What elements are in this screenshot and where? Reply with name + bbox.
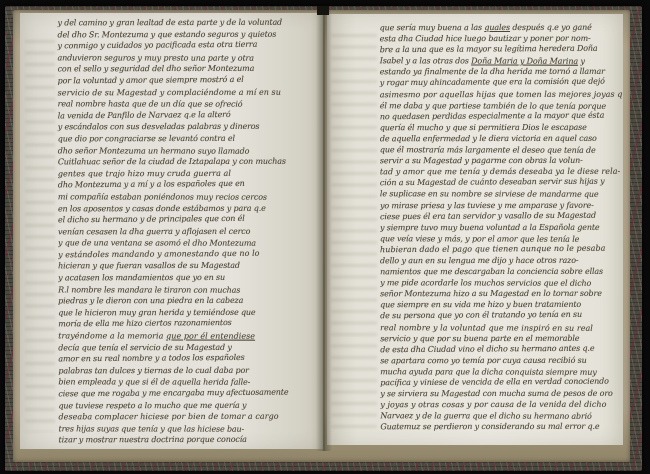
manuscript-line: y acatasen los mandamientos que yo en su bbox=[58, 272, 316, 284]
manuscript-line: quería él mucho y que si permitiera Dios… bbox=[380, 122, 623, 134]
manuscript-line: ción a su Magestad de cuánto deseaban se… bbox=[380, 176, 623, 189]
manuscript-line: servir a su Magestad y pagarme con obras… bbox=[380, 155, 623, 167]
manuscript-line: dello y aun en su lengua me dijo y hace … bbox=[380, 255, 623, 267]
manuscript-line: la venida de Panfilo de Narvaez q.e la a… bbox=[58, 108, 316, 122]
manuscript-line: que él mostraría más largamente el deseo… bbox=[380, 144, 623, 156]
manuscript-line: que tuviese respeto a lo mucho que me qu… bbox=[58, 399, 316, 411]
center-gutter-shadow bbox=[316, 10, 332, 451]
manuscript-line: señor Montezuma hizo a su Magestad en lo… bbox=[380, 288, 623, 300]
gutter-top-gap bbox=[317, 6, 329, 15]
manuscript-line: le suplicase en su nombre se sirviese de… bbox=[380, 189, 623, 201]
manuscript-line: y se sirviera su Magestad con mucha suma… bbox=[380, 388, 623, 400]
manuscript-line: Narvaez y de la guerra que el dicho su h… bbox=[380, 410, 623, 422]
manuscript-line: que dio por congraciarse se levantó cont… bbox=[58, 133, 316, 145]
manuscript-line: y rogar muy ahincadamente que era la com… bbox=[380, 76, 623, 89]
manuscript-line: hicieran y que fueran vasallos de su Mag… bbox=[58, 260, 316, 272]
manuscript-line: dho Montezuma y a mí y a los españoles q… bbox=[58, 178, 316, 192]
left-page-text: y del camino y gran lealtad de esta part… bbox=[57, 17, 316, 451]
manuscript-line: ciese que me rogaba y me encargaba muy a… bbox=[58, 386, 316, 400]
ink-bleedthrough-left-margin bbox=[25, 40, 55, 432]
manuscript-line: anduvieron seguros y muy presto una part… bbox=[58, 52, 316, 64]
manuscript-line: Guatemuz se perdieron y considerando su … bbox=[380, 421, 623, 433]
manuscript-line: y joyas y otras cosas y por causa de la … bbox=[380, 399, 623, 411]
manuscript-line: de aquella enfermedad y le diera victori… bbox=[380, 133, 623, 145]
manuscript-line: mi compañía estaban poniéndonos muy reci… bbox=[58, 191, 316, 203]
manuscript-line: de su persona que yo con él tratando yo … bbox=[380, 309, 623, 322]
manuscript-line: namientos que me descargaban la concienc… bbox=[380, 266, 623, 278]
manuscript-line: Isabel y a las otras dos Doña Maria y Do… bbox=[380, 55, 623, 67]
manuscript-line: moría de ella me hizo ciertos razonamien… bbox=[58, 317, 316, 331]
manuscript-line: el dicho su hermano y de principales que… bbox=[58, 212, 316, 226]
ink-bleedthrough-right-margin bbox=[331, 34, 377, 430]
manuscript-line: asimesmo por aquellas hijas que tomen la… bbox=[380, 88, 623, 100]
manuscript-line: y del camino y gran lealtad de esta part… bbox=[57, 17, 315, 29]
manuscript-line: dho señor Montezuma un hermano suyo llam… bbox=[58, 145, 316, 157]
manuscript-line: que sería muy buena a las quales después… bbox=[380, 22, 623, 34]
manuscript-line: deseaba complacer hiciese por bien de to… bbox=[58, 411, 316, 423]
manuscript-line: Cuitlahuac señor de la ciudad de Iztapal… bbox=[58, 156, 316, 168]
manuscript-line: de esta dha Ciudad vino el dicho su herm… bbox=[380, 342, 623, 355]
manuscript-line: palabras tan dulces y tiernas de lo cual… bbox=[58, 364, 316, 376]
manuscript-line: y estándoles mandando y amonestando que … bbox=[58, 247, 316, 261]
manuscript-line: no quedasen perdidas especialmente a la … bbox=[380, 109, 623, 122]
manuscript-line: por la voluntad y amor que siempre mostr… bbox=[58, 73, 316, 87]
manuscript-line: venían cesasen la dha guerra y aflojasen… bbox=[58, 225, 316, 237]
manuscript-line: ciese pues él era tan servidor y vasallo… bbox=[380, 209, 623, 222]
manuscript-line: tizar y mostrar nuestra doctrina porque … bbox=[59, 434, 317, 446]
manuscript-line: piedras y le dieron con una piedra en la… bbox=[58, 295, 316, 307]
manuscript-line: trayéndome a la memoria que por él enten… bbox=[58, 330, 316, 342]
manuscript-line: tres hijas suyas que tenía y que las hic… bbox=[59, 423, 317, 435]
right-page-text: que sería muy buena a las quales después… bbox=[380, 22, 624, 440]
manuscript-scan: y del camino y gran lealtad de esta part… bbox=[0, 0, 650, 474]
manuscript-line: R.l nombre les mandara le tiraron con mu… bbox=[58, 284, 316, 296]
manuscript-line: y me pide acordarle los muchos servicios… bbox=[380, 277, 623, 289]
manuscript-line: se apartara como yo temía por cuya causa… bbox=[380, 355, 623, 367]
manuscript-line: hubieran dado el pago que tienen aunque … bbox=[380, 242, 623, 255]
manuscript-line: y escándalos con sus desveladas palabras… bbox=[58, 121, 316, 133]
manuscript-line: y conmigo y cuidados yo pacificada esta … bbox=[57, 38, 315, 52]
manuscript-line: y siempre tuvo muy buena voluntad a la E… bbox=[380, 221, 623, 233]
manuscript-line: pacífica y viniese de vencida de ella en… bbox=[380, 376, 623, 389]
manuscript-line: real nombre y la voluntad que me inspiró… bbox=[380, 322, 623, 334]
manuscript-line: amor en su real nombre y a todos los esp… bbox=[58, 352, 316, 366]
manuscript-line: bre a la una que es la mayor su legítima… bbox=[380, 43, 623, 56]
manuscript-line: servicio de su Magestad y complaciéndome… bbox=[58, 86, 316, 98]
